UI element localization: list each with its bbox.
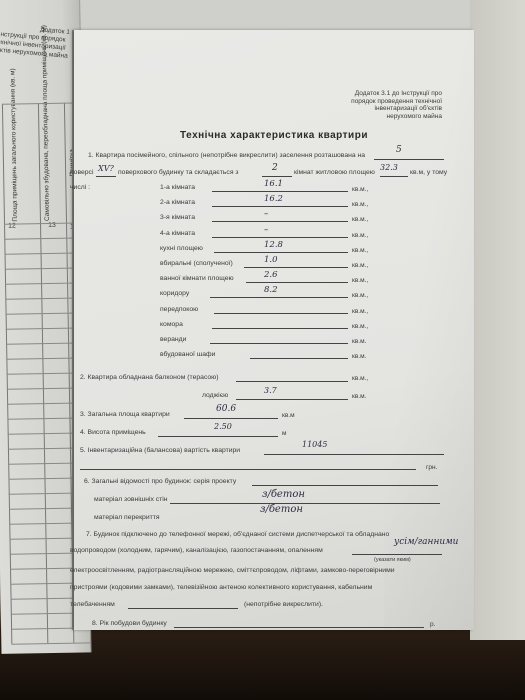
- section1-line2b: поверхового будинку та складається з: [118, 169, 239, 176]
- rooms-count-field[interactable]: [262, 176, 292, 177]
- inventory-value: 11045: [302, 440, 327, 449]
- room-area-field[interactable]: [210, 297, 348, 298]
- room-label: комора: [160, 321, 183, 328]
- storeys-field[interactable]: [96, 176, 116, 177]
- room-area-field[interactable]: [212, 237, 348, 238]
- appendix-line: інвентаризації об'єктів: [312, 105, 442, 113]
- room-label: 2-а кімната: [160, 199, 195, 206]
- section4-label: 4. Висота приміщень: [80, 429, 146, 436]
- room-area-value: 1.0: [264, 255, 278, 265]
- build-year-field[interactable]: [174, 627, 424, 628]
- section7-line5a: телебаченням: [70, 601, 115, 608]
- room-area-unit: кв.м.,: [352, 323, 368, 330]
- height-value: 2.50: [214, 422, 232, 431]
- room-label: кухні площею: [160, 245, 203, 252]
- walls-field[interactable]: [170, 503, 440, 504]
- section1-line1: 1. Квартира посімейного, спільного (непо…: [88, 152, 365, 159]
- section7-line2: водопроводом (холодним, гарячим), каналі…: [70, 547, 323, 554]
- rooms-count-value: 2: [272, 163, 278, 173]
- section1-line2c: кімнат житловою площею: [294, 169, 375, 176]
- room-area-value: –: [264, 225, 268, 235]
- backdrop-page: [470, 0, 525, 640]
- column-header: Самовільно збудована, переобладнана площ…: [42, 121, 64, 221]
- height-field[interactable]: [158, 436, 278, 437]
- room-area-field[interactable]: [250, 358, 348, 359]
- cable-tv-field[interactable]: [128, 608, 238, 609]
- living-area-value: 32.3: [380, 163, 398, 172]
- room-area-field[interactable]: [214, 313, 348, 314]
- appendix-note: Додаток 3.1 до Інструкції про порядок пр…: [312, 90, 442, 120]
- room-area-unit: кв.м.,: [352, 308, 368, 315]
- section6-label: 6. Загальні відомості про будинок: серія…: [84, 478, 236, 485]
- room-area-field[interactable]: [212, 191, 348, 192]
- section7-line3: електроосвітленням, радіотрансляційною м…: [70, 567, 395, 574]
- project-series-field[interactable]: [252, 485, 438, 486]
- room-area-unit: кв.м.,: [352, 277, 368, 284]
- room-label: передпокою: [160, 306, 198, 313]
- page-title: Технічна характеристика квартири: [74, 130, 474, 141]
- loggia-field[interactable]: [236, 399, 348, 400]
- walls-value: з/бетон: [262, 489, 305, 500]
- room-area-unit: кв.м.,: [352, 292, 368, 299]
- room-area-value: 2.6: [264, 270, 278, 280]
- room-label: вбудованої шафи: [160, 351, 215, 358]
- room-label: 4-а кімната: [160, 230, 195, 237]
- total-area-field[interactable]: [184, 418, 278, 419]
- section2-label: 2. Квартира обладнана балконом (терасою): [80, 374, 219, 381]
- photo-scene: Додаток 1 до Інструкції про порядок я те…: [0, 0, 525, 700]
- room-area-value: 12.8: [264, 240, 283, 250]
- room-area-unit: кв.м.,: [352, 216, 368, 223]
- room-label: коридору: [160, 290, 189, 297]
- room-area-field[interactable]: [212, 206, 348, 207]
- room-area-field[interactable]: [212, 328, 348, 329]
- room-area-field[interactable]: [244, 267, 348, 268]
- room-area-value: –: [264, 209, 268, 219]
- room-area-unit: кв.м.: [352, 338, 366, 345]
- section3-label: 3. Загальна площа квартири: [80, 411, 170, 418]
- loggia-value: 3.7: [264, 386, 277, 395]
- walls-label: матеріал зовнішніх стін: [94, 496, 168, 503]
- room-label: веранди: [160, 336, 186, 343]
- room-label: вбиральні (сполученої): [160, 260, 233, 267]
- room-area-unit: кв.м.,: [352, 247, 368, 254]
- room-label: 3-я кімната: [160, 214, 195, 221]
- storeys-value: XV?: [98, 164, 114, 173]
- floor-field[interactable]: [374, 159, 444, 160]
- room-area-unit: кв.м.,: [352, 262, 368, 269]
- room-area-value: 16.1: [264, 179, 283, 189]
- ceiling-label: матеріал перекриття: [94, 514, 160, 521]
- room-area-field[interactable]: [246, 282, 348, 283]
- loggia-label: лоджією: [202, 392, 228, 399]
- appendix-line: нерухомого майна: [312, 113, 442, 121]
- heating-hint: (указати яким): [374, 557, 411, 563]
- year-unit: р.: [430, 621, 435, 628]
- total-area-unit: кв.м: [282, 412, 295, 419]
- currency-unit: грн.: [426, 464, 437, 471]
- room-area-value: 8.2: [264, 285, 278, 295]
- room-area-unit: кв.м.,: [352, 232, 368, 239]
- room-area-field[interactable]: [212, 221, 348, 222]
- height-unit: м: [282, 430, 286, 437]
- balcony-field[interactable]: [236, 381, 348, 382]
- section1-line3: числі :: [70, 184, 90, 191]
- living-area-field[interactable]: [380, 176, 408, 177]
- section7-line5b: (непотрібне викреслити).: [244, 601, 323, 608]
- section7-line1: 7. Будинок підключено до телефонної мере…: [86, 531, 389, 538]
- column-header: Площа приміщень загального корис­тування…: [10, 121, 36, 221]
- section1-line2d: кв.м, у тому: [410, 169, 447, 176]
- ceiling-value: з/бетон: [260, 504, 303, 515]
- room-area-value: 16.2: [264, 194, 283, 204]
- section1-line2a: поверсі: [70, 169, 93, 176]
- floor-value: 5: [396, 145, 402, 155]
- table-rule: [11, 642, 91, 644]
- section7-line4: пристроями (кодовими замками), телевізій…: [70, 584, 372, 591]
- section5-label: 5. Інвентаризаційна (балансова) вартість…: [80, 447, 240, 454]
- room-label: ванної кімнати площею: [160, 275, 234, 282]
- value-field-2[interactable]: [80, 469, 416, 470]
- loggia-unit: кв.м.: [352, 393, 366, 400]
- room-area-unit: кв.м.: [352, 353, 366, 360]
- appendix-line: Додаток 3.1 до Інструкції про: [312, 90, 442, 98]
- value-field[interactable]: [264, 454, 444, 455]
- room-area-field[interactable]: [214, 252, 348, 253]
- room-area-unit: кв.м.,: [352, 186, 368, 193]
- heating-field[interactable]: [352, 554, 442, 555]
- section8-label: 8. Рік побудови будинку: [92, 620, 167, 627]
- room-label: 1-а кімната: [160, 184, 195, 191]
- room-area-unit: кв.м.,: [352, 201, 368, 208]
- total-area-value: 60.6: [216, 404, 236, 414]
- balcony-unit: кв.м.,: [352, 375, 368, 382]
- room-area-field[interactable]: [210, 343, 348, 344]
- main-page: Додаток 3.1 до Інструкції про порядок пр…: [74, 30, 474, 630]
- heating-value: усім/ганними: [394, 537, 458, 547]
